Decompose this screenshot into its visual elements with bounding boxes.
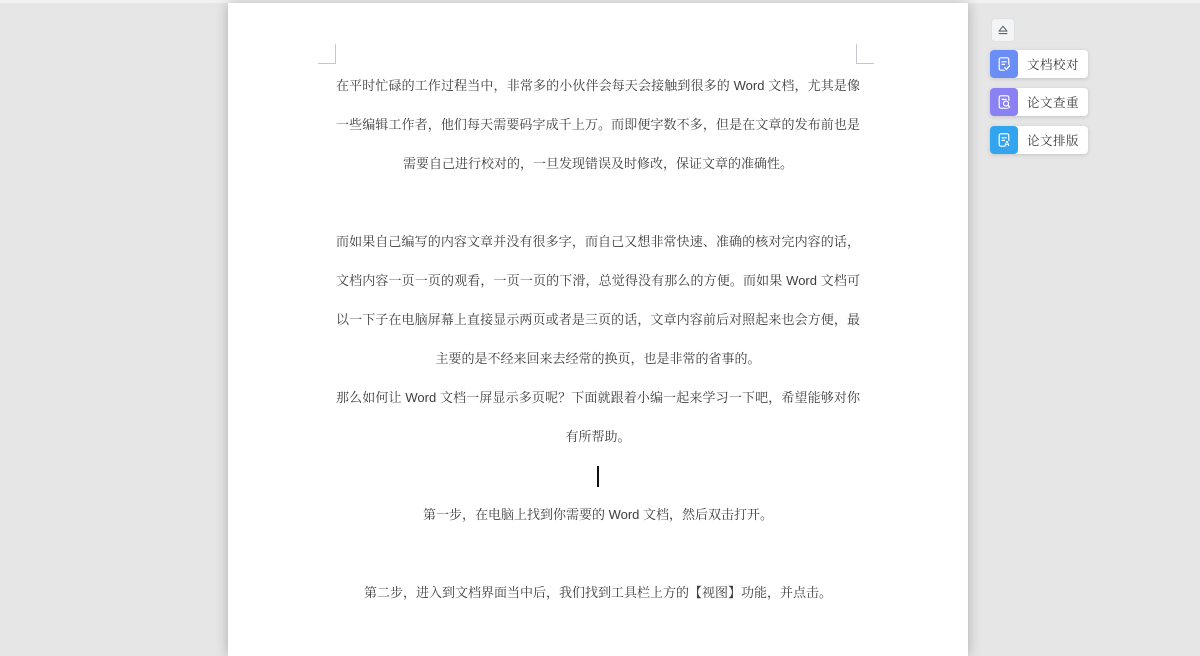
doc-typeset-button[interactable]: A 论文排版 — [990, 126, 1088, 154]
margin-mark-top-left — [318, 44, 336, 64]
text-cursor — [597, 466, 599, 487]
collapse-panel-button[interactable] — [991, 18, 1015, 42]
doc-search-button[interactable]: 论文查重 — [990, 88, 1088, 116]
tool-label: 论文排版 — [1018, 126, 1088, 154]
document-line[interactable]: 在平时忙碌的工作过程当中，非常多的小伙伴会每天会接触到很多的 Word 文档，尤… — [336, 66, 860, 105]
document-cursor-line[interactable] — [336, 456, 860, 495]
document-line[interactable]: 主要的是不经来回来去经常的换页，也是非常的省事的。 — [336, 339, 860, 378]
eject-icon — [995, 22, 1011, 38]
document-page[interactable]: 在平时忙碌的工作过程当中，非常多的小伙伴会每天会接触到很多的 Word 文档，尤… — [228, 3, 968, 656]
svg-text:A: A — [1004, 139, 1010, 148]
doc-check-button[interactable]: 文档校对 — [990, 50, 1088, 78]
doc-check-icon — [990, 50, 1018, 78]
document-text[interactable]: 在平时忙碌的工作过程当中，非常多的小伙伴会每天会接触到很多的 Word 文档，尤… — [336, 66, 860, 612]
document-line[interactable]: 而如果自己编写的内容文章并没有很多字，而自己又想非常快速、准确的核对完内容的话， — [336, 222, 860, 261]
doc-typeset-icon: A — [990, 126, 1018, 154]
document-line[interactable] — [336, 534, 860, 573]
doc-search-icon — [990, 88, 1018, 116]
tool-label: 论文查重 — [1018, 88, 1088, 116]
document-line[interactable]: 那么如何让 Word 文档一屏显示多页呢？下面就跟着小编一起来学习一下吧，希望能… — [336, 378, 860, 417]
tool-label: 文档校对 — [1018, 50, 1088, 78]
document-line[interactable] — [336, 183, 860, 222]
margin-mark-top-right — [856, 44, 874, 64]
document-line[interactable]: 需要自己进行校对的，一旦发现错误及时修改，保证文章的准确性。 — [336, 144, 860, 183]
document-line[interactable]: 以一下子在电脑屏幕上直接显示两页或者是三页的话，文章内容前后对照起来也会方便，最 — [336, 300, 860, 339]
document-line[interactable]: 第二步，进入到文档界面当中后，我们找到工具栏上方的【视图】功能，并点击。 — [336, 573, 860, 612]
document-line[interactable]: 有所帮助。 — [336, 417, 860, 456]
tool-panel: 文档校对 论文查重 A 论文排版 — [990, 50, 1088, 164]
document-line[interactable]: 第一步，在电脑上找到你需要的 Word 文档，然后双击打开。 — [336, 495, 860, 534]
document-line[interactable]: 一些编辑工作者，他们每天需要码字成千上万。而即便字数不多，但是在文章的发布前也是 — [336, 105, 860, 144]
document-line[interactable]: 文档内容一页一页的观看，一页一页的下滑，总觉得没有那么的方便。而如果 Word … — [336, 261, 860, 300]
